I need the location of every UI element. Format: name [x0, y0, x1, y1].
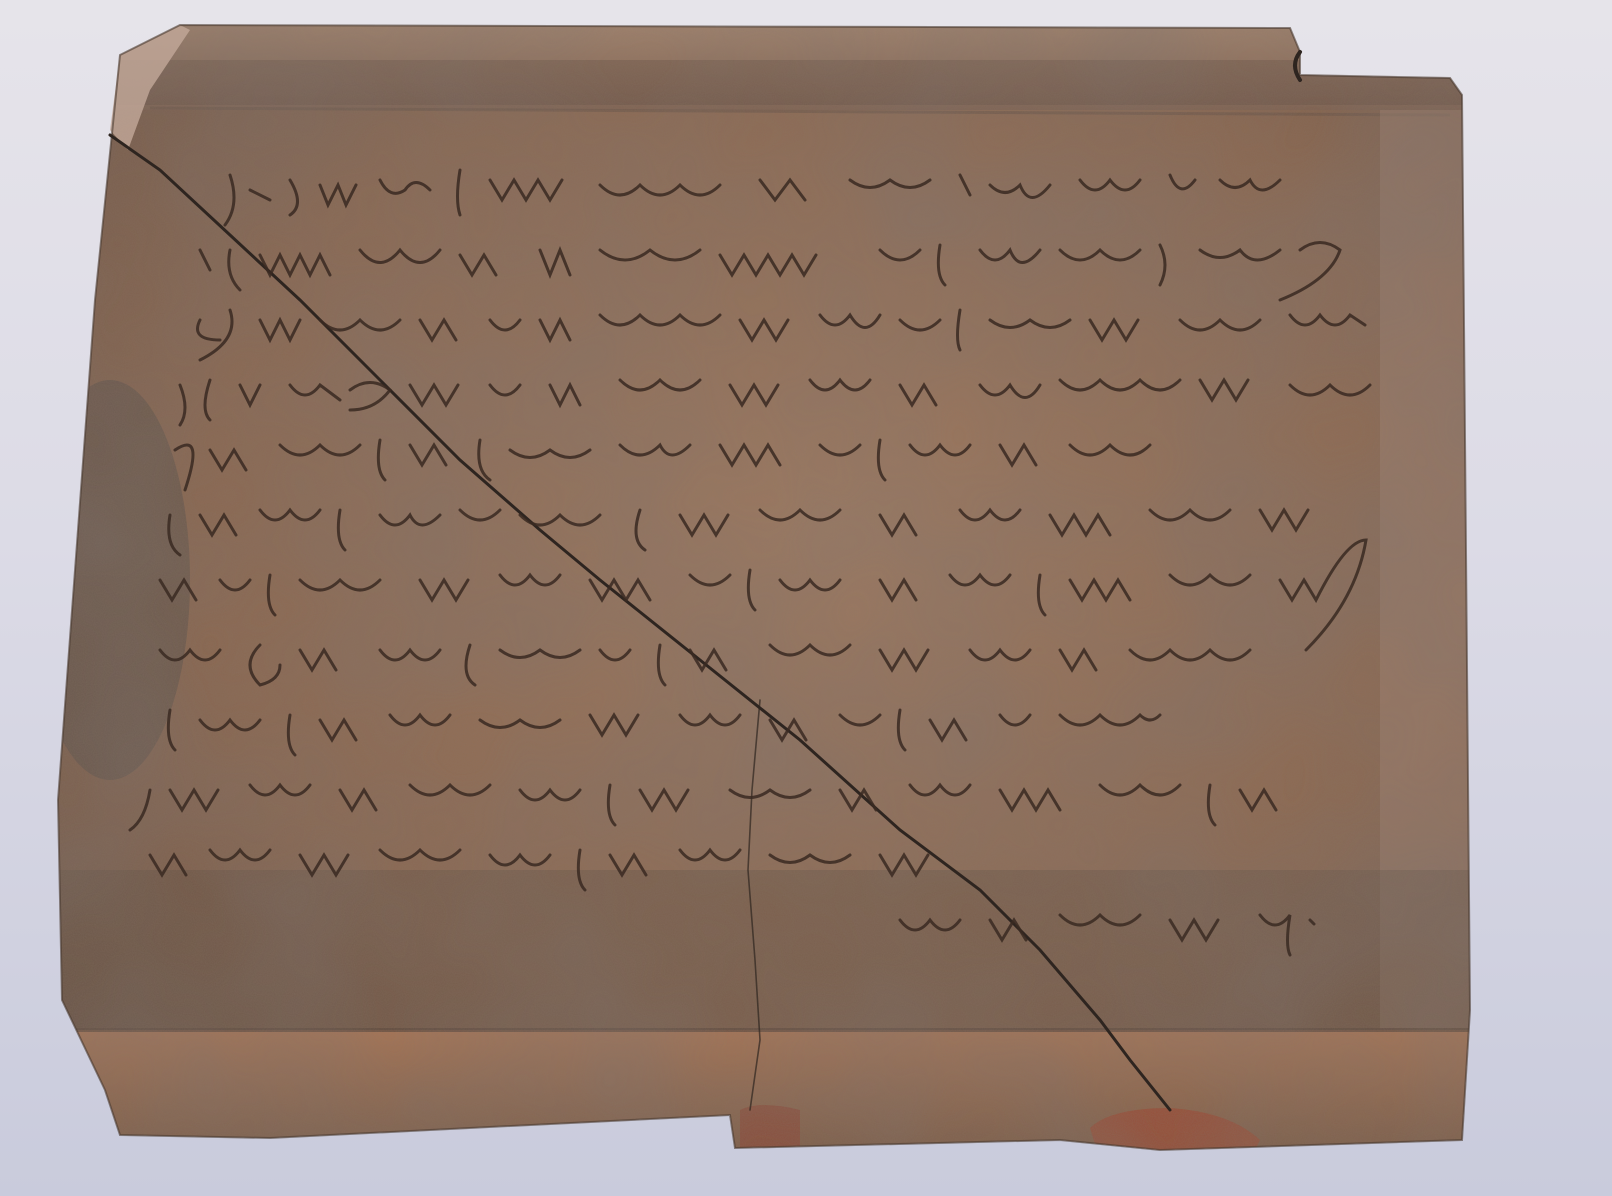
tile-body: [0, 0, 1612, 1196]
tile-photo: [0, 0, 1612, 1196]
photo-scene: [0, 0, 1612, 1196]
